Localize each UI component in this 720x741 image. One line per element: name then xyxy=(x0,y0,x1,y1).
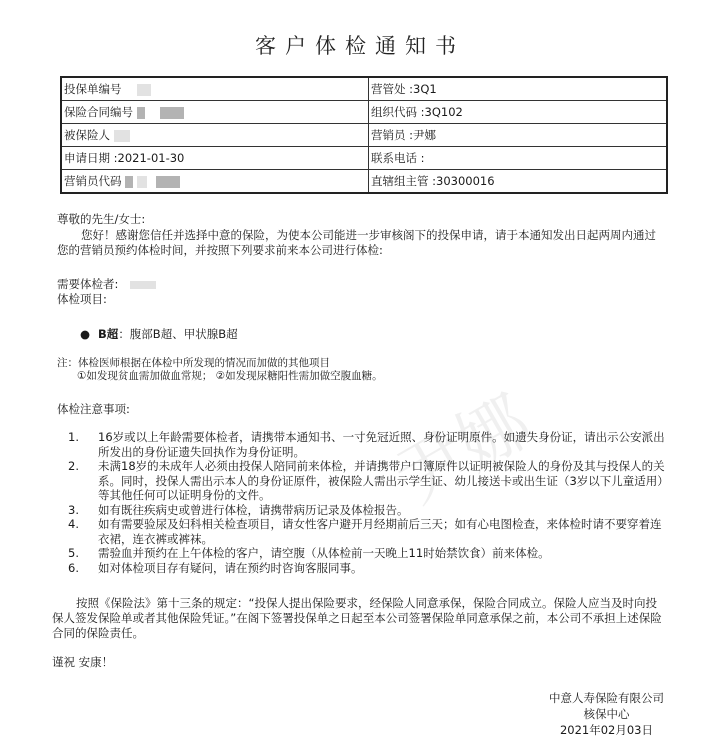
redacted-value xyxy=(125,176,133,188)
field-label: 组织代码 xyxy=(371,105,417,119)
intro-paragraph: 您好！感谢您信任并选择中意的保险，为使本公司能进一步审核阁下的投保申请，请于本通… xyxy=(57,228,657,258)
redacted-value xyxy=(156,176,180,188)
notice-document: 客户体检通知书 投保单编号 营管处 :3Q1 保险合同编号 组织代码 :3Q10… xyxy=(0,0,720,741)
policy-application-number-cell: 投保单编号 xyxy=(61,77,369,101)
list-text: 如有需要验尿及妇科相关检查项目，请女性客户避开月经期前后三天；如有心电图检查，来… xyxy=(98,517,668,546)
branch-office-cell: 营管处 :3Q1 xyxy=(369,77,668,101)
list-item: 2. 未满18岁的未成年人必须由投保人陪同前来体检，并请携带户口簿原件以证明被保… xyxy=(68,459,668,503)
closing: 谨祝 安康！ xyxy=(52,655,113,670)
company-name: 中意人寿保险有限公司 xyxy=(549,690,664,706)
field-value: :尹娜 xyxy=(409,128,436,142)
examinee-label: 需要体检者: xyxy=(57,277,156,292)
field-value: :2021-01-30 xyxy=(114,151,185,165)
org-code-cell: 组织代码 :3Q102 xyxy=(369,101,668,124)
list-item: 3. 如有既往疾病史或曾进行体检，请携带病历记录及体检报告。 xyxy=(68,503,668,518)
list-text: 未满18岁的未成年人必须由投保人陪同前来体检，并请携带户口簿原件以证明被保险人的… xyxy=(98,459,668,503)
precautions-title: 体检注意事项: xyxy=(57,402,130,417)
list-number: 3. xyxy=(68,503,98,518)
list-item: 1. 16岁或以上年龄需要体检者，请携带本通知书、一寸免冠近照、身份证明原件。如… xyxy=(68,430,668,459)
table-row: 投保单编号 营管处 :3Q1 xyxy=(61,77,667,101)
redacted-value xyxy=(137,107,145,119)
list-item: 5. 需验血并预约在上午体检的客户，请空腹（从体检前一天晚上11时始禁饮食）前来… xyxy=(68,546,668,561)
field-value: :3Q1 xyxy=(409,82,437,96)
precautions-list: 1. 16岁或以上年龄需要体检者，请携带本通知书、一寸免冠近照、身份证明原件。如… xyxy=(68,430,668,575)
application-date-cell: 申请日期 :2021-01-30 xyxy=(61,147,369,170)
document-title: 客户体检通知书 xyxy=(0,30,720,60)
field-value: :30300016 xyxy=(432,174,494,188)
redacted-value xyxy=(130,281,156,289)
list-text: 如对体检项目存有疑问，请在预约时咨询客服同事。 xyxy=(98,561,668,576)
list-text: 如有既往疾病史或曾进行体检，请携带病历记录及体检报告。 xyxy=(98,503,668,518)
exam-item: ●B超：腹部B超、甲状腺B超 xyxy=(80,327,238,342)
list-number: 2. xyxy=(68,459,98,503)
list-text: 16岁或以上年龄需要体检者，请携带本通知书、一寸免冠近照、身份证明原件。如遗失身… xyxy=(98,430,668,459)
redacted-value xyxy=(160,107,184,119)
agent-code-cell: 营销员代码 xyxy=(61,170,369,194)
field-label: 被保险人 xyxy=(64,128,110,142)
salutation: 尊敬的先生/女士: xyxy=(57,212,145,227)
list-number: 1. xyxy=(68,430,98,459)
exam-item-detail: ：腹部B超、甲状腺B超 xyxy=(118,327,237,341)
field-label: 保险合同编号 xyxy=(64,105,133,119)
field-value: : xyxy=(421,151,425,165)
list-item: 4. 如有需要验尿及妇科相关检查项目，请女性客户避开月经期前后三天；如有心电图检… xyxy=(68,517,668,546)
signature-block: 中意人寿保险有限公司 核保中心 2021年02月03日 xyxy=(549,690,664,738)
list-text: 需验血并预约在上午体检的客户，请空腹（从体检前一天晚上11时始禁饮食）前来体检。 xyxy=(98,546,668,561)
table-row: 营销员代码 直辖组主管 :30300016 xyxy=(61,170,667,194)
exam-items-label: 体检项目: xyxy=(57,292,107,307)
table-row: 保险合同编号 组织代码 :3Q102 xyxy=(61,101,667,124)
redacted-value xyxy=(114,130,130,142)
field-label: 申请日期 xyxy=(64,151,110,165)
list-number: 6. xyxy=(68,561,98,576)
field-label: 联系电话 xyxy=(371,151,417,165)
note-line-1: 注：体检医师根据在体检中所发现的情况而加做的其他项目 xyxy=(57,357,330,370)
field-label: 营管处 xyxy=(371,82,406,96)
law-paragraph: 按照《保险法》第十三条的规定：“投保人提出保险要求，经保险人同意承保，保险合同成… xyxy=(52,596,664,641)
info-table: 投保单编号 营管处 :3Q1 保险合同编号 组织代码 :3Q102 被保险人 xyxy=(60,76,668,194)
field-label: 投保单编号 xyxy=(64,82,122,96)
table-row: 被保险人 营销员 :尹娜 xyxy=(61,124,667,147)
direct-supervisor-cell: 直辖组主管 :30300016 xyxy=(369,170,668,194)
exam-item-category: B超 xyxy=(98,327,118,341)
note-line-2: ①如发现贫血需加做血常规； ②如发现尿糖阳性需加做空腹血糖。 xyxy=(77,370,383,383)
insured-person-cell: 被保险人 xyxy=(61,124,369,147)
field-value: :3Q102 xyxy=(421,105,463,119)
sales-agent-cell: 营销员 :尹娜 xyxy=(369,124,668,147)
list-number: 4. xyxy=(68,517,98,546)
redacted-value xyxy=(137,176,147,188)
list-item: 6. 如对体检项目存有疑问，请在预约时咨询客服同事。 xyxy=(68,561,668,576)
bullet-icon: ● xyxy=(80,327,90,341)
contact-phone-cell: 联系电话 : xyxy=(369,147,668,170)
issue-date: 2021年02月03日 xyxy=(549,722,664,738)
redacted-value xyxy=(137,84,151,96)
examinee-label-text: 需要体检者: xyxy=(57,277,118,291)
field-label: 营销员 xyxy=(371,128,406,142)
field-label: 营销员代码 xyxy=(64,174,122,188)
policy-contract-number-cell: 保险合同编号 xyxy=(61,101,369,124)
department-name: 核保中心 xyxy=(549,706,664,722)
field-label: 直辖组主管 xyxy=(371,174,429,188)
list-number: 5. xyxy=(68,546,98,561)
table-row: 申请日期 :2021-01-30 联系电话 : xyxy=(61,147,667,170)
